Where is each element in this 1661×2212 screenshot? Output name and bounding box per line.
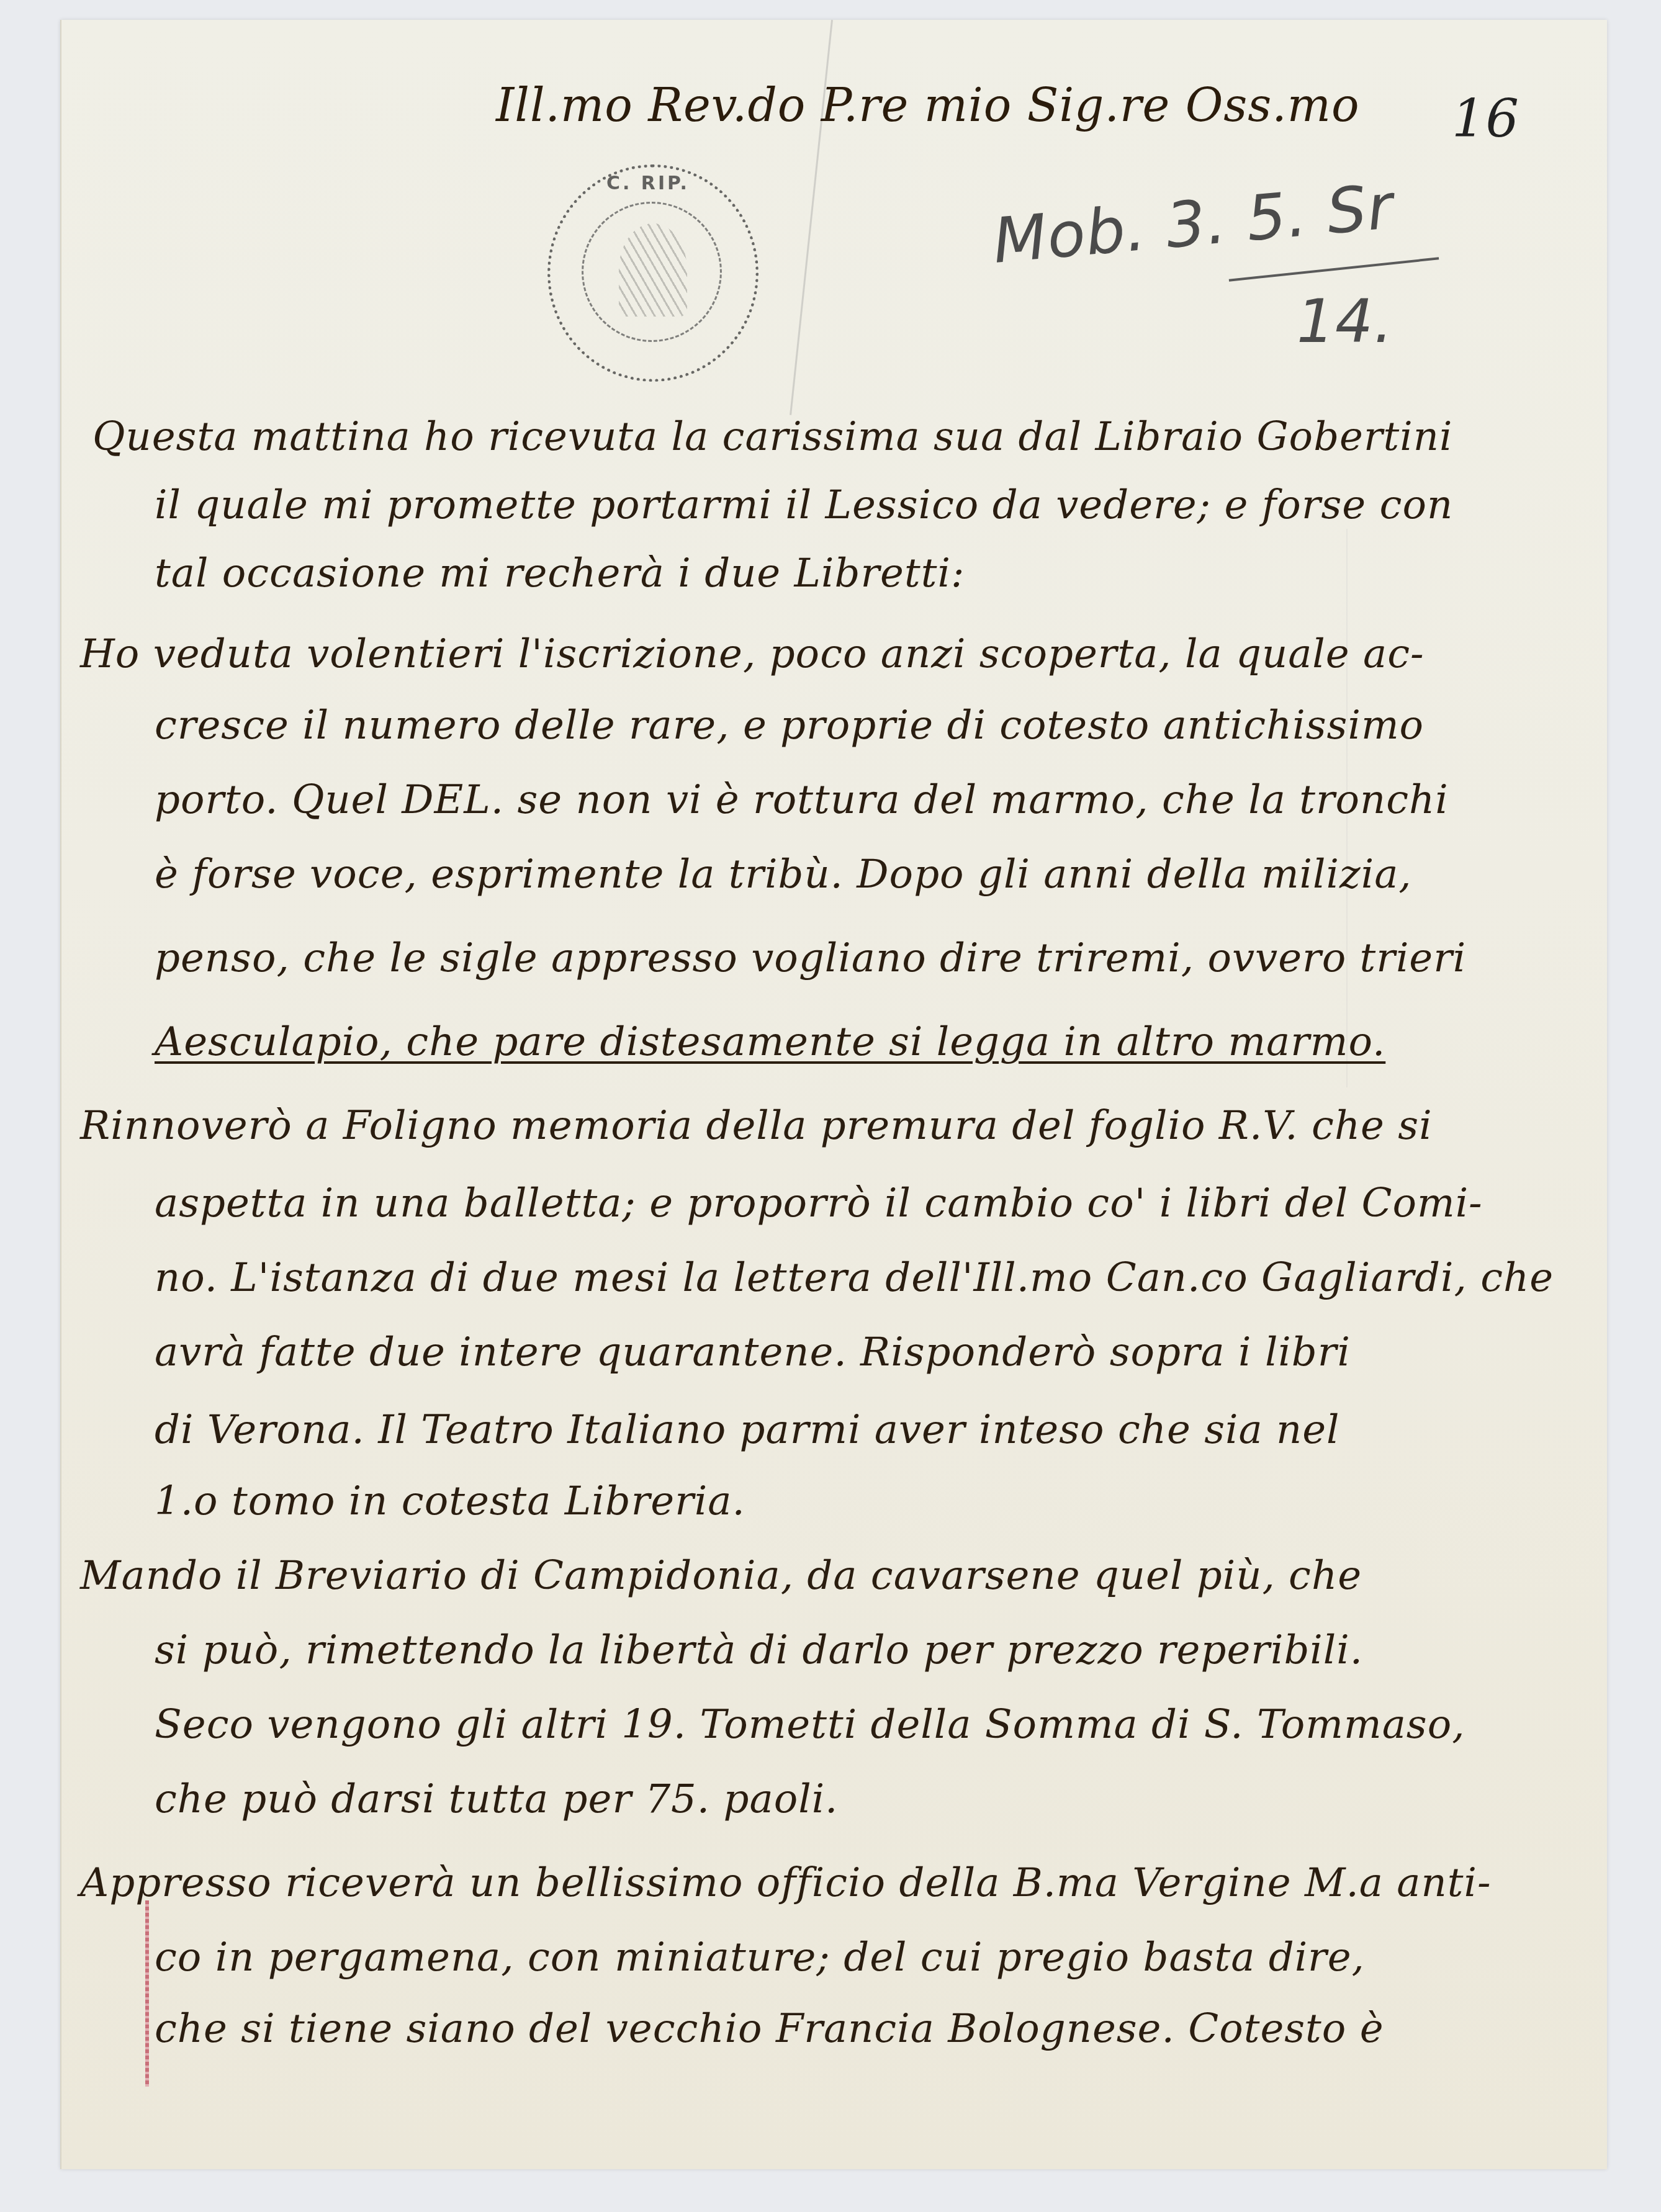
body-line-17: si può, rimettendo la libertà di darlo p…: [155, 1627, 1363, 1673]
stamp-emblem-icon: [619, 223, 687, 317]
body-line-4: Ho veduta volentieri l'iscrizione, poco …: [80, 631, 1425, 677]
body-line-3: tal occasione mi recherà i due Libretti:: [155, 551, 965, 596]
body-line-21: co in pergamena, con miniature; del cui …: [155, 1935, 1365, 1980]
body-line-1: Questa mattina ho ricevuta la carissima …: [92, 414, 1452, 460]
folio-number: 16: [1452, 88, 1519, 149]
body-line-15: 1.o tomo in cotesta Libreria.: [155, 1478, 745, 1524]
shelfmark-rule: [1229, 257, 1439, 282]
stamp-text: C. RIP.: [606, 173, 690, 194]
body-line-2: il quale mi promette portarmi il Lessico…: [155, 482, 1453, 528]
body-line-16: Mando il Breviario di Campidonia, da cav…: [80, 1553, 1362, 1599]
body-line-13: avrà fatte due intere quarantene. Rispon…: [155, 1329, 1351, 1375]
body-line-11: aspetta in una balletta; e proporrò il c…: [155, 1180, 1483, 1226]
body-line-5: cresce il numero delle rare, e proprie d…: [155, 703, 1424, 749]
body-line-19: che può darsi tutta per 75. paoli.: [155, 1776, 838, 1822]
body-line-18: Seco vengono gli altri 19. Tometti della…: [155, 1702, 1465, 1748]
body-line-8: penso, che le sigle appresso vogliano di…: [155, 935, 1466, 981]
body-line-9: Aesculapio, che pare distesamente si leg…: [155, 1019, 1385, 1065]
body-line-14: di Verona. Il Teatro Italiano parmi aver…: [155, 1407, 1340, 1453]
shelfmark-numerator: Mob. 3. 5. Sr: [990, 170, 1396, 277]
shelfmark-denominator: 14.: [1297, 287, 1393, 356]
library-stamp: C. RIP.: [547, 164, 758, 382]
red-margin-mark: [145, 1900, 149, 2087]
manuscript-page: Ill.mo Rev.do P.re mio Sig.re Oss.mo 16 …: [60, 20, 1607, 2169]
body-line-22: che si tiene siano del vecchio Francia B…: [155, 2006, 1384, 2052]
body-line-20: Appresso riceverà un bellissimo officio …: [80, 1860, 1492, 1906]
body-line-6: porto. Quel DEL. se non vi è rottura del…: [155, 777, 1449, 823]
salutation: Ill.mo Rev.do P.re mio Sig.re Oss.mo: [496, 79, 1360, 132]
body-line-12: no. L'istanza di due mesi la lettera del…: [155, 1255, 1554, 1301]
body-line-10: Rinnoverò a Foligno memoria della premur…: [80, 1103, 1433, 1149]
body-line-7: è forse voce, esprimente la tribù. Dopo …: [155, 852, 1412, 897]
